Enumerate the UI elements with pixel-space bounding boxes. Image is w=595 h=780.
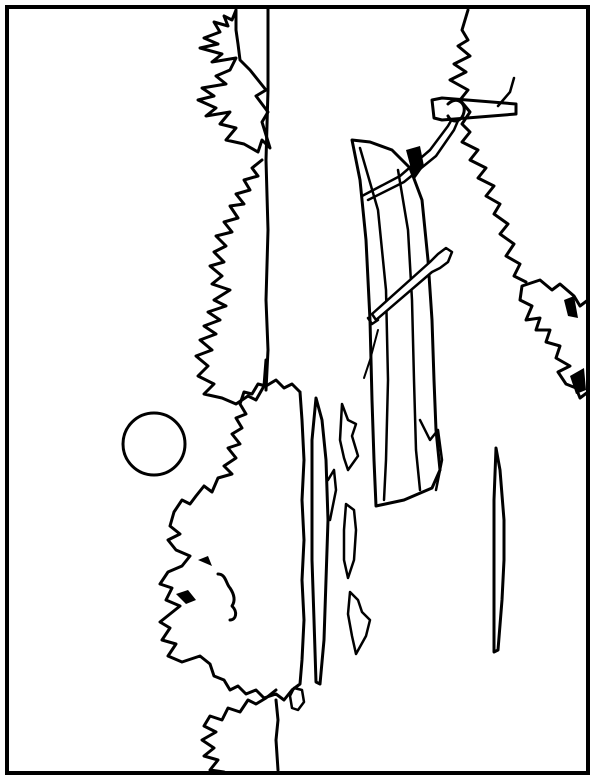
near-shoreline (276, 700, 278, 770)
scene-svg (0, 0, 595, 780)
coloring-page-scene (0, 0, 595, 780)
